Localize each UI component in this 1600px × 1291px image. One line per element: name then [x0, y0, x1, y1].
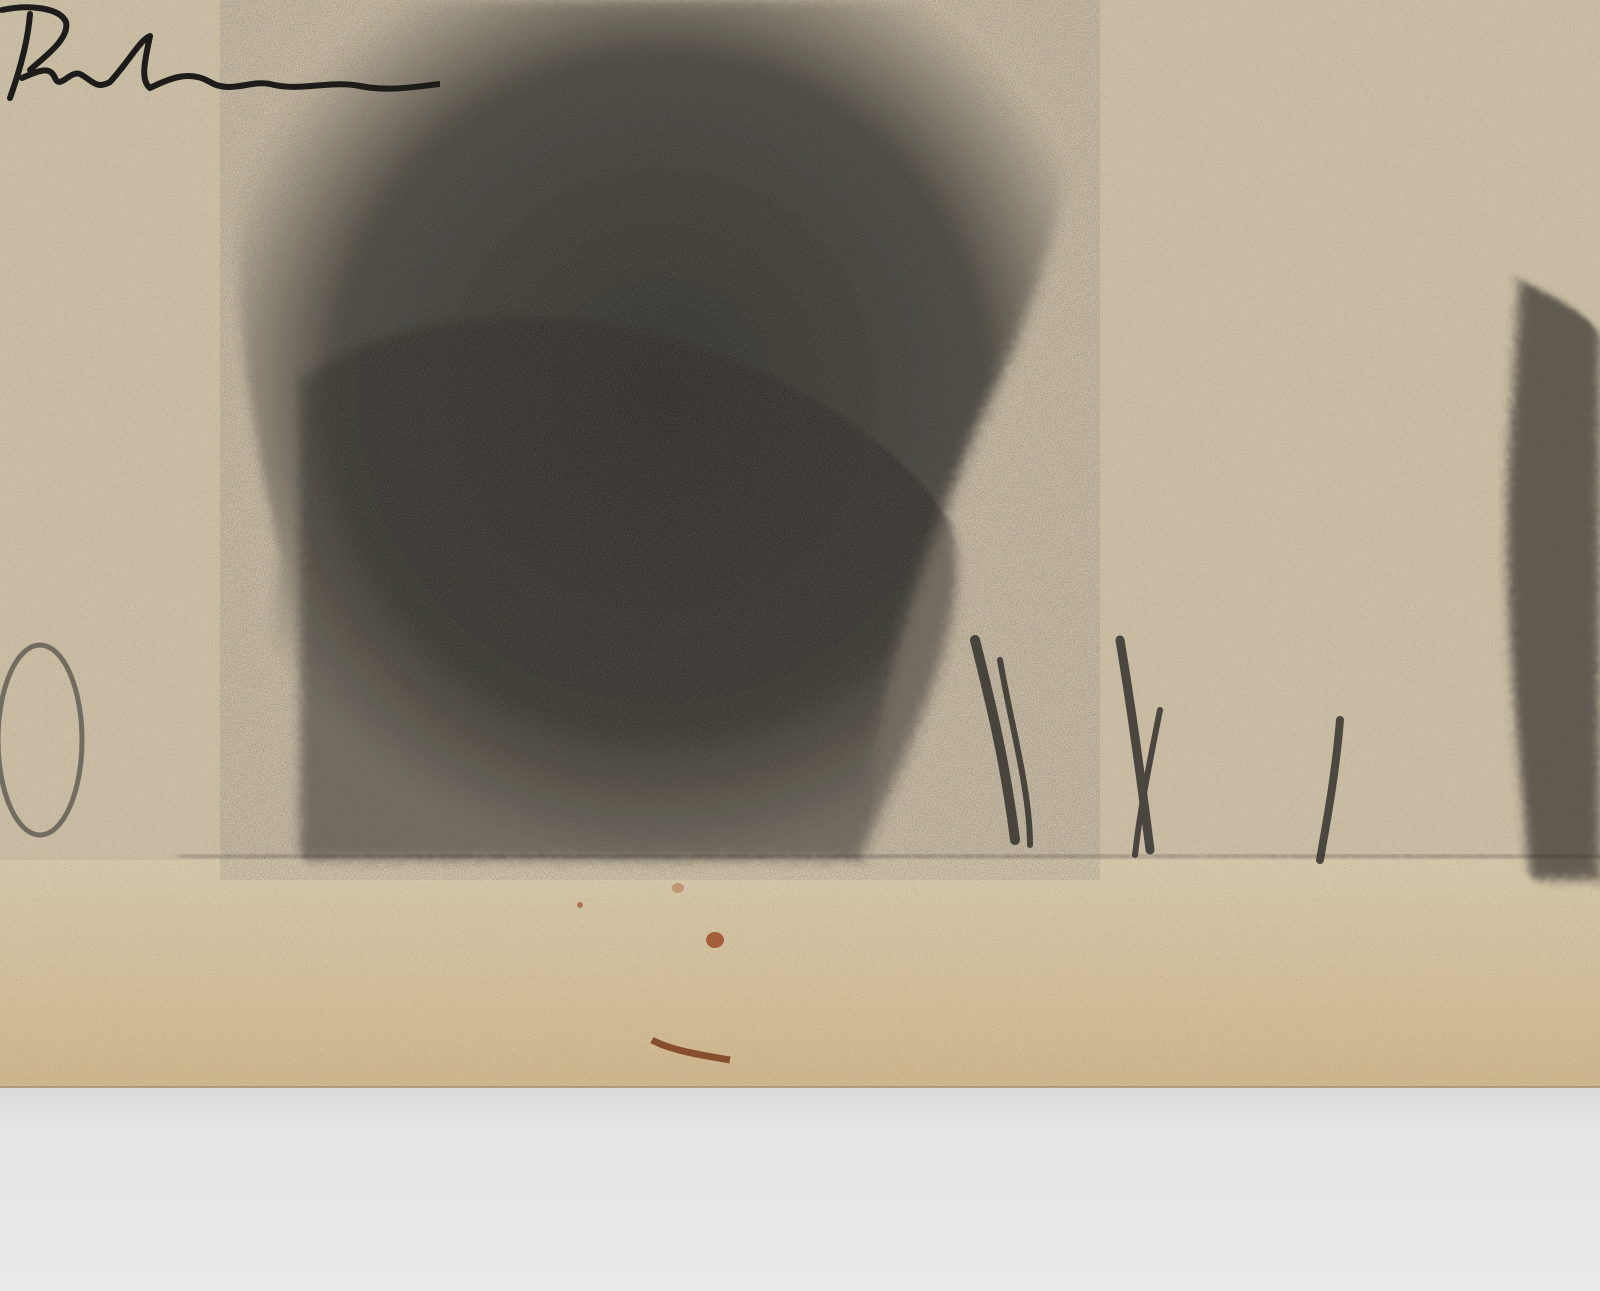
- drawing-paper: Barbara: [0, 0, 1600, 1088]
- signature-text: Barbara: [0, 0, 66, 4]
- charcoal-drawing: [0, 0, 1600, 1088]
- mount-background: [0, 1088, 1600, 1291]
- artist-signature: Barbara: [0, 0, 440, 110]
